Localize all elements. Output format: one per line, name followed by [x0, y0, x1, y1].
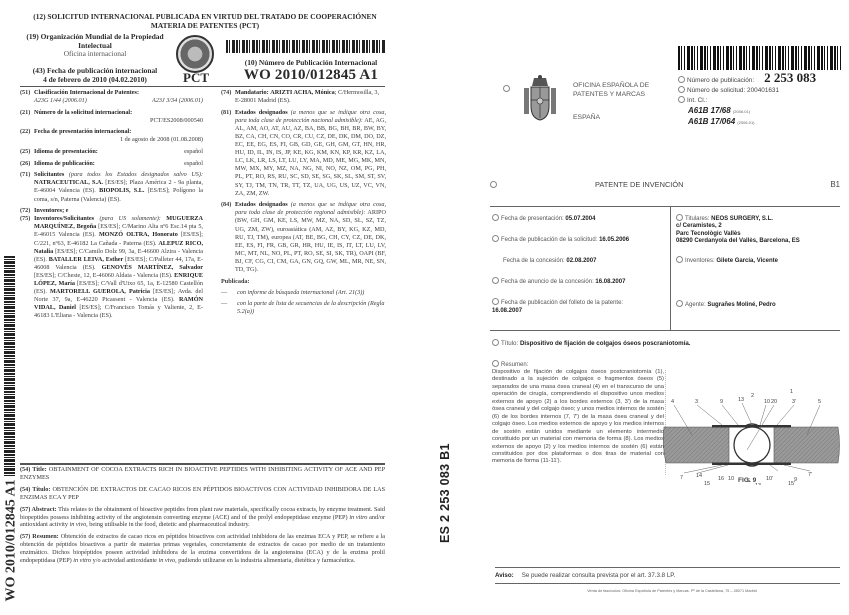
date-value: 16.08.2007 [595, 279, 625, 285]
spain-coat-of-arms-icon [523, 74, 557, 122]
field-label: Inventores; e [34, 207, 68, 214]
agent-label: Agente: [685, 302, 706, 308]
organization-block: (19) Organización Mundial de la Propieda… [20, 33, 170, 59]
field-qualifier: (para todos los Estados designados salvo… [69, 171, 203, 178]
field-code: (84) [221, 201, 235, 274]
inid-code-icon [490, 181, 497, 188]
organization-code: (19) [26, 32, 38, 41]
invention-title: Título: Dispositivo de fijación de colga… [492, 340, 690, 347]
field-code: (22) [20, 128, 34, 144]
date-row: Fecha de presentación: 05.07.2004 [492, 215, 662, 236]
divider [20, 463, 385, 465]
organization-name: Organización Mundial de la Propiedad Int… [41, 32, 164, 50]
inid-code-icon [676, 300, 683, 307]
field-value: PCT/ES2008/000540 [34, 117, 203, 125]
field-25: (25) Idioma de presentación:español [20, 148, 203, 156]
divider [495, 567, 840, 568]
int-cl-class: A61B 17/68 (2006.01) [688, 106, 848, 117]
field-value: 1 de agosto de 2008 (01.08.2008) [34, 136, 203, 144]
svg-text:4: 4 [671, 399, 674, 405]
field-22: (22) Fecha de presentación internacional… [20, 128, 203, 144]
bibliographic-right-column: (74) Mandatario: ARIZTI ACHA, Mónica; C/… [221, 89, 386, 316]
vertical-publication-number: ES 2 253 083 B1 [438, 413, 454, 543]
field-label: Solicitantes [34, 171, 64, 178]
field-code: (25) [20, 148, 34, 156]
holder: Titulares: NEOS SURGERY, S.L. c/ Ceramis… [676, 215, 841, 246]
field-code: (21) [20, 109, 34, 125]
inid-code-icon [492, 277, 499, 284]
date-label: Fecha de presentación: [501, 216, 564, 222]
title-en: (54) Title: OBTAINMENT OF COCOA EXTRACTS… [20, 466, 385, 482]
inventors: Inventores: Gilete García, Vicente [676, 257, 841, 265]
field-label: Estados designados [235, 201, 288, 208]
abstract-es-text: Obtención de extractos de cacao ricos en… [20, 533, 385, 564]
field-label: Inventores/Solicitantes [34, 215, 94, 222]
inid-code-icon [503, 85, 510, 92]
int-cl-label: Int. Cl.: [687, 97, 707, 104]
inid-code-icon [492, 339, 499, 346]
date-label: Fecha de anuncio de la concesión: [501, 279, 594, 285]
field-code: (75) [20, 215, 34, 320]
agent: Agente: Sugrañes Moliné, Pedro [676, 301, 841, 309]
published-item: con informe de búsqueda internacional (A… [237, 289, 364, 297]
field-qualifier: (para US solamente): [99, 215, 160, 222]
inid-code-icon [492, 235, 499, 242]
field-26: (26) Idioma de publicación:español [20, 160, 203, 168]
field-value: español [184, 148, 203, 156]
field-72: (72) Inventores; e [20, 207, 203, 215]
document-header: (12) SOLICITUD INTERNACIONAL PUBLICADA E… [20, 12, 390, 30]
designated-states-regional: ARIPO (BW, GH, GM, KE, LS, MW, MZ, NA, S… [235, 209, 386, 273]
abstract-text: Dispositivo de fijación de colgajos óseo… [492, 369, 664, 466]
title-es-label: (54) Título: [20, 486, 50, 493]
published-label: Publicada: [221, 278, 386, 286]
office-name-line: OFICINA ESPAÑOLA DE [573, 81, 649, 90]
figure-caption: FIG. 9 [738, 477, 756, 484]
inid-code-icon [676, 256, 683, 263]
abstract-en-label: (57) Abstract: [20, 506, 57, 513]
holder-address: 08290 Cerdanyola del Vallès, Barcelona, … [676, 238, 841, 245]
inid-code-icon [492, 298, 499, 305]
date-label: Fecha de la concesión: [503, 258, 565, 264]
publication-number-row: Número de publicación:2 253 083 [678, 73, 848, 86]
abstract-es-label: (57) Resumen: [20, 533, 59, 540]
svg-text:16: 16 [718, 476, 724, 482]
divider [20, 86, 385, 87]
barcode [678, 46, 841, 70]
publication-date-label: (43) Fecha de publicación internacional [20, 66, 170, 75]
title-label: Título: [501, 340, 518, 347]
notice-label: Aviso: [495, 572, 514, 579]
titles-and-abstracts: (54) Title: OBTAINMENT OF COCOA EXTRACTS… [20, 466, 385, 569]
title-es-value: OBTENCIÓN DE EXTRACTOS DE CACAO RICOS EN… [20, 486, 385, 501]
svg-text:15: 15 [704, 481, 710, 485]
svg-text:3: 3 [695, 399, 698, 405]
date-value: 02.08.2007 [566, 258, 596, 264]
class-value: A61B 17/064 [688, 117, 735, 126]
application-number-label: Número de solicitud: [687, 87, 745, 94]
svg-text:3': 3' [792, 399, 796, 405]
publication-number: 2 253 083 [764, 70, 816, 85]
inid-code-icon [492, 214, 499, 221]
date-label: Fecha de publicación de la solicitud: [501, 237, 597, 243]
field-71: (71) Solicitantes (para todos los Estado… [20, 171, 203, 203]
applicants-text: NATRACEUTICAL, S.A. [ES/ES]; Plaza Améri… [34, 179, 203, 202]
field-84: (84) Estados designados (a menos que se … [221, 201, 386, 274]
title-value: Dispositivo de fijación de colgajos óseo… [520, 340, 691, 347]
field-label: Idioma de publicación: [34, 160, 95, 168]
kind-code: B1 [830, 180, 840, 189]
field-74: (74) Mandatario: ARIZTI ACHA, Mónica; C/… [221, 89, 386, 105]
notice-text: Se puede realizar consulta prevista por … [522, 572, 676, 579]
divider [490, 330, 840, 331]
svg-text:7: 7 [680, 475, 683, 481]
class-version: (2006.01) [737, 120, 754, 125]
office-name-line: PATENTES Y MARCAS [573, 90, 649, 99]
patent-figure-fig9: 439 13210 2013'5 71415 16106 1310'15' 97… [662, 385, 842, 485]
vertical-barcode [4, 256, 15, 476]
svg-text:13: 13 [738, 397, 744, 403]
field-21: (21) Número de la solicitud internaciona… [20, 109, 203, 125]
inid-code-icon [678, 86, 685, 93]
notice: Aviso:Se puede realizar consulta previst… [495, 572, 675, 579]
abstract-en-text: This relates to the obtainment of bioact… [20, 506, 385, 529]
field-code: (74) [221, 89, 235, 105]
field-label: Fecha de presentación internacional: [34, 128, 131, 135]
field-51: (51) Clasificación Internacional de Pate… [20, 89, 203, 105]
field-code: (71) [20, 171, 34, 203]
holder-address: c/ Ceramistes, 2 [676, 223, 841, 230]
class-value: A61B 17/68 [688, 106, 731, 115]
pct-label: PCT [176, 70, 216, 86]
parties-block: Titulares: NEOS SURGERY, S.L. c/ Ceramis… [676, 215, 841, 321]
inid-code-icon [678, 76, 685, 83]
office-name: OFICINA ESPAÑOLA DE PATENTES Y MARCAS ES… [573, 81, 649, 122]
designated-states-national: AE, AG, AL, AM, AO, AT, AU, AZ, BA, BB, … [235, 117, 386, 197]
date-label: Fecha de publicación del folleto de la p… [501, 300, 623, 306]
barcode [226, 40, 386, 53]
ipc-class: A23G 1/44 (2006.01) [34, 97, 87, 105]
field-81: (81) Estados designados (a menos que se … [221, 109, 386, 198]
field-label: Número de la solicitud internacional: [34, 109, 132, 116]
published-block: Publicada: —con informe de búsqueda inte… [221, 278, 386, 316]
abstract-es: (57) Resumen: Obtención de extractos de … [20, 533, 385, 565]
ipc-class: A23J 3/34 (2006.01) [152, 97, 203, 105]
date-value: 16.08.2007 [492, 308, 522, 314]
kind-row: PATENTE DE INVENCIÓN B1 [490, 180, 840, 189]
title-en-value: OBTAINMENT OF COCOA EXTRACTS RICH IN BIO… [20, 466, 385, 481]
publication-number-label: Número de publicación: [687, 77, 754, 84]
date-value: 05.07.2004 [565, 216, 595, 222]
svg-text:10': 10' [766, 476, 773, 482]
date-row: Fecha de publicación del folleto de la p… [492, 299, 662, 320]
date-row: Fecha de publicación de la solicitud: 16… [492, 236, 662, 257]
svg-text:7': 7' [808, 472, 812, 478]
bibliographic-left-column: (51) Clasificación Internacional de Pate… [20, 89, 203, 324]
abstract-heading: Resumen: [492, 361, 528, 368]
publication-number: WO 2010/012845 A1 [226, 67, 396, 84]
inid-code-icon [676, 214, 683, 221]
date-row: Fecha de anuncio de la concesión: 16.08.… [492, 278, 662, 299]
patent-kind-title: PATENTE DE INVENCIÓN [595, 180, 683, 189]
class-version: (2006.01) [733, 109, 750, 114]
svg-text:5: 5 [818, 399, 821, 405]
field-75: (75) Inventores/Solicitantes (para US so… [20, 215, 203, 320]
agent-value: Sugrañes Moliné, Pedro [707, 302, 775, 308]
divider [490, 206, 840, 207]
publication-number-label: (10) Número de Publicación Internacional [226, 58, 396, 67]
organization-office: Oficina internacional [64, 49, 127, 58]
svg-text:20: 20 [771, 399, 777, 405]
svg-text:10: 10 [728, 476, 734, 482]
wo-patent-document: (12) SOLICITUD INTERNACIONAL PUBLICADA E… [0, 0, 432, 615]
field-label: Estados designados [235, 109, 288, 116]
es-patent-document: Número de publicación:2 253 083 Número d… [440, 0, 849, 615]
column-divider [670, 207, 671, 330]
inid-code-icon [678, 96, 685, 103]
inventors-text: MUGUERZA MARQUÍNEZ, Begoña [ES/ES]; C/Ma… [34, 215, 203, 319]
holder-name: NEOS SURGERY, S.L. [711, 216, 773, 222]
inventors-value: Gilete García, Vicente [716, 258, 778, 264]
abstract-en: (57) Abstract: This relates to the obtai… [20, 506, 385, 530]
application-number: 200401631 [747, 87, 779, 94]
dates-block: Fecha de presentación: 05.07.2004 Fecha … [492, 215, 662, 320]
publication-date-value: 4 de febrero de 2010 (04.02.2010) [20, 75, 170, 84]
field-value: español [184, 160, 203, 168]
svg-text:10: 10 [764, 399, 770, 405]
svg-text:9: 9 [720, 399, 723, 405]
field-label: Mandatario: [235, 89, 269, 96]
divider [495, 583, 840, 584]
field-label: Idioma de presentación: [34, 148, 98, 156]
vertical-publication-number: WO 2010/012845 A1 [4, 477, 22, 602]
svg-text:1: 1 [790, 389, 793, 395]
publication-date-block: (43) Fecha de publicación internacional … [20, 66, 170, 84]
identification-block: Número de publicación:2 253 083 Número d… [678, 73, 848, 128]
field-code: (81) [221, 109, 235, 198]
holder-label: Titulares: [685, 216, 709, 222]
abstract-label: Resumen: [501, 362, 528, 368]
field-code: (72) [20, 207, 34, 215]
published-item: con la parte de lista de secuencias de l… [237, 300, 386, 316]
wipo-ompi-seal-icon [176, 35, 214, 73]
holder-address: Parc Tecnològic Vallès [676, 231, 841, 238]
int-cl-row: Int. Cl.: [678, 96, 848, 106]
inid-code-icon [492, 360, 499, 367]
inventors-label: Inventores: [685, 258, 715, 264]
date-value: 16.05.2006 [599, 237, 629, 243]
footer: Venta de fascículos: Oficina Española de… [440, 589, 849, 593]
title-es: (54) Título: OBTENCIÓN DE EXTRACTOS DE C… [20, 486, 385, 502]
field-code: (26) [20, 160, 34, 168]
int-cl-class: A61B 17/064 (2006.01) [688, 117, 848, 128]
country: ESPAÑA [573, 113, 649, 122]
svg-text:9: 9 [794, 477, 797, 483]
field-code: (51) [20, 89, 34, 105]
date-row: Fecha de la concesión: 02.08.2007 [492, 257, 662, 278]
field-label: Clasificación Internacional de Patentes: [34, 89, 139, 96]
svg-text:14: 14 [696, 473, 702, 479]
title-en-label: (54) Title: [20, 466, 47, 473]
application-number-row: Número de solicitud: 200401631 [678, 86, 848, 96]
svg-text:2: 2 [751, 393, 754, 399]
